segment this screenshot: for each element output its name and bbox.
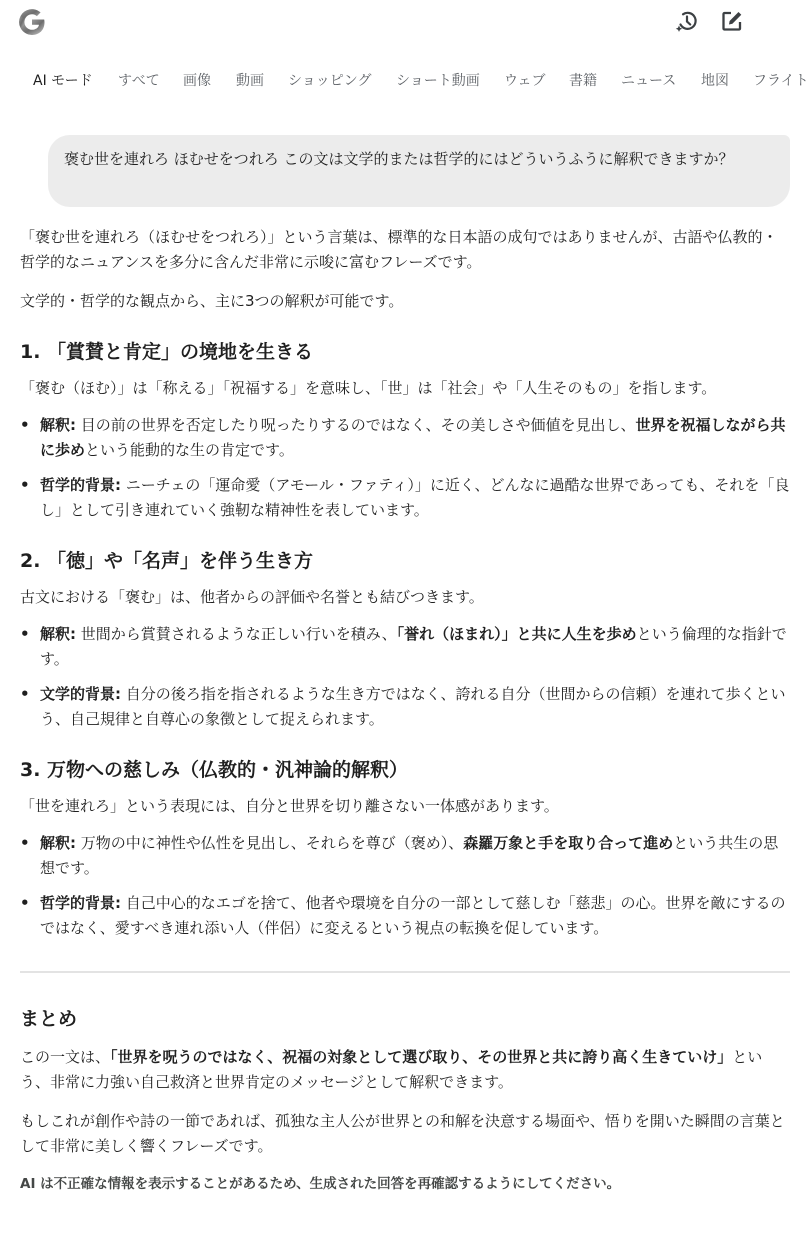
tab-books[interactable]: 書籍 [569,68,597,94]
bullet-emphasis: 森羅万象と手を取り合って進め [463,834,673,852]
intro-summary: 文学的・哲学的な観点から、主に3つの解釈が可能です。 [20,289,790,314]
search-mode-tabs: AI モード すべて 画像 動画 ショッピング ショート動画 ウェブ 書籍 ニュ… [0,68,810,94]
bullet-label: 解釈: [40,416,76,434]
bullet-label: 文学的背景: [40,685,121,703]
bullet-text: 万物の中に神性や仏性を見出し、それらを尊び（褒め）、 [76,834,463,852]
section-bullets: 解釈: 万物の中に神性や仏性を見出し、それらを尊び（褒め）、森羅万象と手を取り合… [20,831,790,941]
section-bullets: 解釈: 世間から賞賛されるような正しい行いを積み、「誉れ（ほまれ）」と共に人生を… [20,622,790,732]
user-query-text: 褒む世を連れろ ほむせをつれろ この文は文学的または哲学的にはどういうふうに解釈… [64,150,734,168]
tab-ai-mode[interactable]: AI モード [33,68,93,94]
bullet-text: 自分の後ろ指を指されるような生き方ではなく、誇れる自分（世間からの信頼）を連れて… [40,685,785,728]
bullet-item: 解釈: 目の前の世界を否定したり呪ったりするのではなく、その美しさや価値を見出し… [20,413,790,463]
summary-emphasis: 「世界を呪うのではなく、祝福の対象として選び取り、その世界と共に誇り高く生きてい… [110,1048,732,1066]
tab-news[interactable]: ニュース [621,68,676,94]
tab-web[interactable]: ウェブ [504,68,545,94]
bullet-item: 哲学的背景: ニーチェの「運命愛（アモール・ファティ）」に近く、どんなに過酷な世… [20,473,790,523]
bullet-emphasis: 「誉れ（ほまれ）」と共に人生を歩め [397,625,637,643]
section-heading: 3. 万物への慈しみ（仏教的・汎神論的解釈） [20,756,790,784]
section-heading: 1. 「賞賛と肯定」の境地を生きる [20,338,790,366]
bullet-text: 目の前の世界を否定したり呪ったりするのではなく、その美しさや価値を見出し、 [76,416,635,434]
user-query-bubble: 褒む世を連れろ ほむせをつれろ この文は文学的または哲学的にはどういうふうに解釈… [48,135,790,207]
intro-paragraph: 「褒む世を連れろ（ほむせをつれろ）」という言葉は、標準的な日本語の成句ではありま… [20,225,790,275]
bullet-label: 哲学的背景: [40,476,121,494]
section-lead: 「世を連れろ」という表現には、自分と世界を切り離さない一体感があります。 [20,794,790,819]
new-chat-icon[interactable] [719,8,745,34]
section-lead: 「褒む（ほむ）」は「称える」「祝福する」を意味し、「世」は「社会」や「人生そのも… [20,376,790,401]
bullet-text: という能動的な生の肯定です。 [85,441,294,459]
summary-text: この一文は、 [20,1048,110,1066]
tab-shopping[interactable]: ショッピング [288,68,371,94]
section-bullets: 解釈: 目の前の世界を否定したり呪ったりするのではなく、その美しさや価値を見出し… [20,413,790,523]
top-bar [0,0,810,50]
bullet-label: 哲学的背景: [40,894,121,912]
tab-maps[interactable]: 地図 [701,68,729,94]
section-heading: 2. 「徳」や「名声」を伴う生き方 [20,547,790,575]
bullet-item: 哲学的背景: 自己中心的なエゴを捨て、他者や環境を自分の一部として慈しむ「慈悲」… [20,891,790,941]
ai-disclaimer: AI は不正確な情報を表示することがあるため、生成された回答を再確認するようにし… [20,1173,790,1195]
tab-videos[interactable]: 動画 [236,68,264,94]
bullet-label: 解釈: [40,834,76,852]
tab-short-videos[interactable]: ショート動画 [396,68,480,94]
summary-paragraph-2: もしこれが創作や詩の一節であれば、孤独な主人公が世界との和解を決意する場面や、悟… [20,1109,790,1159]
history-icon[interactable] [674,8,700,34]
tab-all[interactable]: すべて [118,68,160,94]
bullet-text: ニーチェの「運命愛（アモール・ファティ）」に近く、どんなに過酷な世界であっても、… [40,476,789,519]
bullet-item: 文学的背景: 自分の後ろ指を指されるような生き方ではなく、誇れる自分（世間からの… [20,682,790,732]
section-lead: 古文における「褒む」は、他者からの評価や名誉とも結びつきます。 [20,585,790,610]
bullet-text: 自己中心的なエゴを捨て、他者や環境を自分の一部として慈しむ「慈悲」の心。世界を敵… [40,894,785,937]
summary-paragraph: この一文は、「世界を呪うのではなく、祝福の対象として選び取り、その世界と共に誇り… [20,1045,790,1095]
bullet-item: 解釈: 世間から賞賛されるような正しい行いを積み、「誉れ（ほまれ）」と共に人生を… [20,622,790,672]
tab-flights[interactable]: フライト [753,68,809,94]
bullet-text: 世間から賞賛されるような正しい行いを積み、 [76,625,397,643]
divider [20,971,790,973]
bullet-item: 解釈: 万物の中に神性や仏性を見出し、それらを尊び（褒め）、森羅万象と手を取り合… [20,831,790,881]
tab-images[interactable]: 画像 [183,68,211,94]
bullet-label: 解釈: [40,625,76,643]
summary-heading: まとめ [20,1005,790,1033]
ai-answer: 「褒む世を連れろ（ほむせをつれろ）」という言葉は、標準的な日本語の成句ではありま… [20,225,790,1195]
google-logo[interactable] [15,5,49,39]
